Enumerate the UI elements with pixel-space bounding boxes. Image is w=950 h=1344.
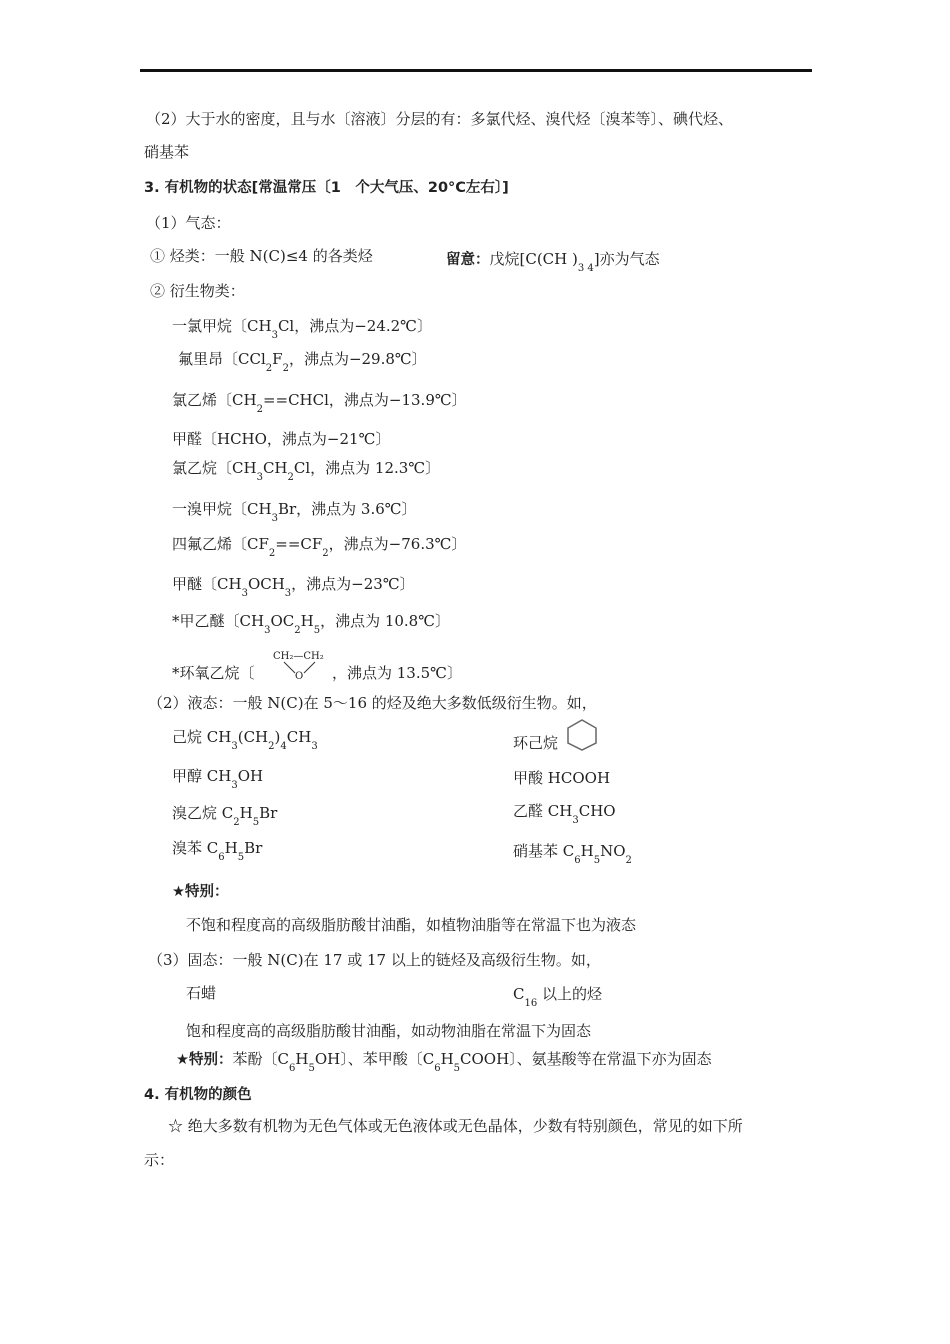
liquid-special-text: 不饱和程度高的高级脂肪酸甘油酯，如植物油脂等在常温下也为液态	[186, 915, 636, 935]
liquid-nitrobenzene: 硝基苯 C6H5NO2	[513, 841, 632, 864]
gas-label: （1）气态：	[146, 213, 231, 233]
item-ethylene-oxide-name: *环氧乙烷〔	[172, 663, 255, 683]
liquid-formic-acid: 甲酸 HCOOH	[513, 768, 610, 788]
item-freon: 氟里昂〔CCl2F2，沸点为−29.8℃〕	[178, 349, 427, 372]
svg-text:CH₂—CH₂: CH₂—CH₂	[273, 651, 324, 662]
section-4-heading: 4. 有机物的颜色	[144, 1085, 252, 1105]
liquid-label: （2）液态：一般 N(C)在 5～16 的烃及绝大多数低级衍生物。如，	[148, 693, 597, 713]
ethylene-oxide-structure-icon: CH₂—CH₂ O	[270, 646, 334, 680]
svg-text:O: O	[295, 671, 303, 680]
item-bromomethane: 一溴甲烷〔CH3Br，沸点为 3.6℃〕	[172, 499, 417, 522]
item-ethylene-oxide-rest: ，沸点为 13.5℃〕	[332, 663, 462, 683]
item-dimethyl-ether: 甲醚〔CH3OCH3，沸点为−23℃〕	[172, 574, 415, 597]
section-4-line-2: 示：	[144, 1150, 174, 1170]
note-label: 留意：	[446, 252, 490, 268]
solid-c16-hydrocarbons: C16 以上的烃	[513, 984, 602, 1007]
solid-special: ★特别：苯酚〔C6H5OH〕、苯甲酸〔C6H5COOH〕、氨基酸等在常温下亦为固…	[176, 1049, 712, 1072]
solid-paraffin: 石蜡	[186, 983, 216, 1003]
density-line-1: （2）大于水的密度，且与水〔溶液〕分层的有：多氯代烃、溴代烃〔溴苯等〕、碘代烃、	[146, 109, 733, 129]
note-sub: 3 4	[578, 263, 594, 274]
item-tetrafluoroethylene: 四氟乙烯〔CF2==CF2，沸点为−76.3℃〕	[172, 534, 466, 557]
header-rule	[140, 69, 812, 72]
liquid-methanol: 甲醇 CH3OH	[172, 766, 263, 789]
liquid-acetaldehyde: 乙醛 CH3CHO	[513, 801, 616, 824]
item-formaldehyde: 甲醛〔HCHO，沸点为−21℃〕	[172, 429, 390, 449]
liquid-cyclohexane: 环己烷	[513, 733, 558, 753]
liquid-bromoethane: 溴乙烷 C2H5Br	[172, 803, 277, 826]
pentane-note: 留意：戊烷[C(CH )3 4]亦为气态	[446, 249, 660, 272]
density-line-2: 硝基苯	[144, 142, 189, 162]
note-text-b: ]亦为气态	[594, 250, 660, 268]
section-3-heading: 3. 有机物的状态[常温常压〔1 个大气压、20°C左右〕]	[144, 178, 509, 198]
liquid-hexane: 己烷 CH3(CH2)4CH3	[172, 727, 318, 750]
section-4-line-1: ☆ 绝大多数有机物为无色气体或无色液体或无色晶体，少数有特别颜色，常见的如下所	[168, 1116, 743, 1136]
item-vinyl-chloride: 氯乙烯〔CH2==CHCl，沸点为−13.9℃〕	[172, 390, 467, 413]
liquid-bromobenzene: 溴苯 C6H5Br	[172, 838, 262, 861]
item-methyl-ethyl-ether: *甲乙醚〔CH3OC2H5，沸点为 10.8℃〕	[172, 611, 450, 634]
item-chloroethane: 氯乙烷〔CH3CH2Cl，沸点为 12.3℃〕	[172, 458, 440, 481]
solid-line-2: 饱和程度高的高级脂肪酸甘油酯，如动物油脂在常温下为固态	[186, 1021, 591, 1041]
solid-label: （3）固态：一般 N(C)在 17 或 17 以上的链烃及高级衍生物。如，	[148, 950, 601, 970]
cyclohexane-hexagon-icon	[565, 718, 599, 752]
derivatives-label: ② 衍生物类：	[150, 281, 245, 301]
note-text-a: 戊烷[C(CH )	[490, 250, 578, 268]
gas-hydrocarbons: ① 烃类：一般 N(C)≤4 的各类烃	[150, 246, 373, 266]
liquid-special-label: ★特别：	[172, 882, 229, 902]
item-chloromethane: 一氯甲烷〔CH3Cl，沸点为−24.2℃〕	[172, 316, 432, 339]
